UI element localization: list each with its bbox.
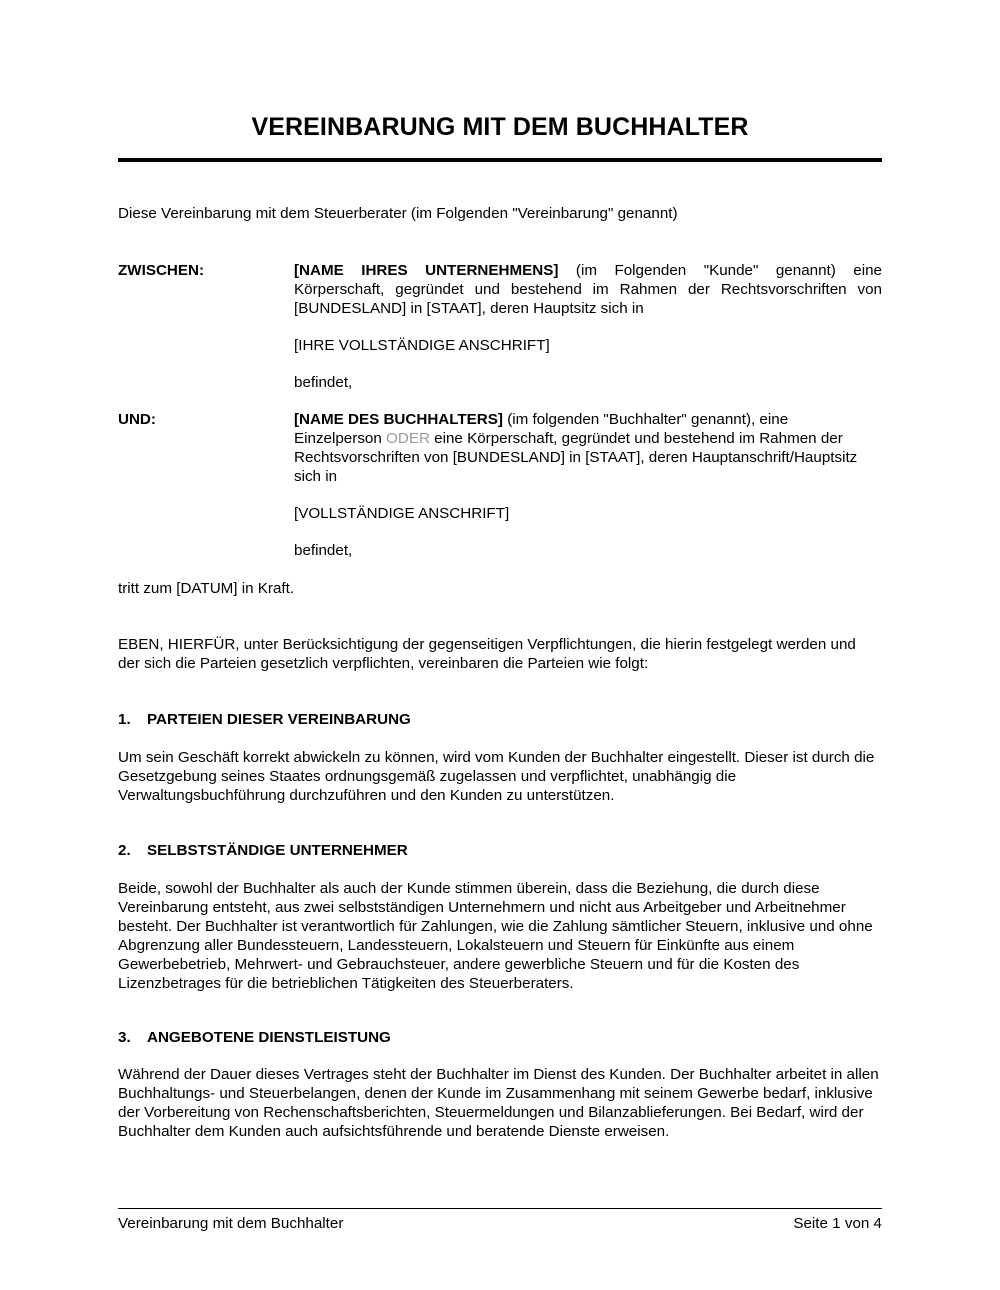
section-2-number: 2. bbox=[118, 841, 147, 860]
effective-date: tritt zum [DATUM] in Kraft. bbox=[118, 579, 882, 598]
footer-page-number: Seite 1 von 4 bbox=[793, 1214, 882, 1233]
footer-divider bbox=[118, 1208, 882, 1209]
section-1-number: 1. bbox=[118, 710, 147, 729]
party1-text-first: (im Folgenden "Kunde" genannt) eine bbox=[558, 262, 882, 279]
title-divider bbox=[118, 158, 882, 162]
section-2-title: SELBSTSTÄNDIGE UNTERNEHMER bbox=[147, 842, 408, 859]
party1-located: befindet, bbox=[294, 373, 882, 392]
footer-document-name: Vereinbarung mit dem Buchhalter bbox=[118, 1214, 343, 1233]
party1-name: [NAME IHRES UNTERNEHMENS] bbox=[294, 262, 558, 279]
section-1-heading: 1.PARTEIEN DIESER VEREINBARUNG bbox=[118, 710, 411, 729]
party2-located: befindet, bbox=[294, 541, 882, 560]
preamble-paragraph: EBEN, HIERFÜR, unter Berücksichtigung de… bbox=[118, 635, 870, 673]
section-3-body: Während der Dauer dieses Vertrages steht… bbox=[118, 1065, 882, 1141]
or-option-text: ODER bbox=[386, 430, 430, 447]
party2-label: UND: bbox=[118, 410, 156, 429]
section-3-title: ANGEBOTENE DIENSTLEISTUNG bbox=[147, 1029, 391, 1046]
party2-address: [VOLLSTÄNDIGE ANSCHRIFT] bbox=[294, 504, 882, 523]
party1-label: ZWISCHEN: bbox=[118, 261, 204, 280]
party1-text-rest: Körperschaft, gegründet und bestehend im… bbox=[294, 281, 882, 317]
party2-description: [NAME DES BUCHHALTERS] (im folgenden "Bu… bbox=[294, 410, 864, 486]
section-1-title: PARTEIEN DIESER VEREINBARUNG bbox=[147, 711, 411, 728]
document-page: VEREINBARUNG MIT DEM BUCHHALTER Diese Ve… bbox=[118, 0, 882, 1290]
party2-name: [NAME DES BUCHHALTERS] bbox=[294, 411, 503, 428]
section-3-number: 3. bbox=[118, 1028, 147, 1047]
section-3-heading: 3.ANGEBOTENE DIENSTLEISTUNG bbox=[118, 1028, 391, 1047]
section-1-body: Um sein Geschäft korrekt abwickeln zu kö… bbox=[118, 748, 878, 805]
document-title: VEREINBARUNG MIT DEM BUCHHALTER bbox=[118, 113, 882, 142]
section-2-heading: 2.SELBSTSTÄNDIGE UNTERNEHMER bbox=[118, 841, 408, 860]
party1-address: [IHRE VOLLSTÄNDIGE ANSCHRIFT] bbox=[294, 336, 882, 355]
intro-paragraph: Diese Vereinbarung mit dem Steuerberater… bbox=[118, 204, 882, 223]
section-2-body: Beide, sowohl der Buchhalter als auch de… bbox=[118, 879, 882, 993]
party1-description: [NAME IHRES UNTERNEHMENS] (im Folgenden … bbox=[294, 261, 882, 318]
